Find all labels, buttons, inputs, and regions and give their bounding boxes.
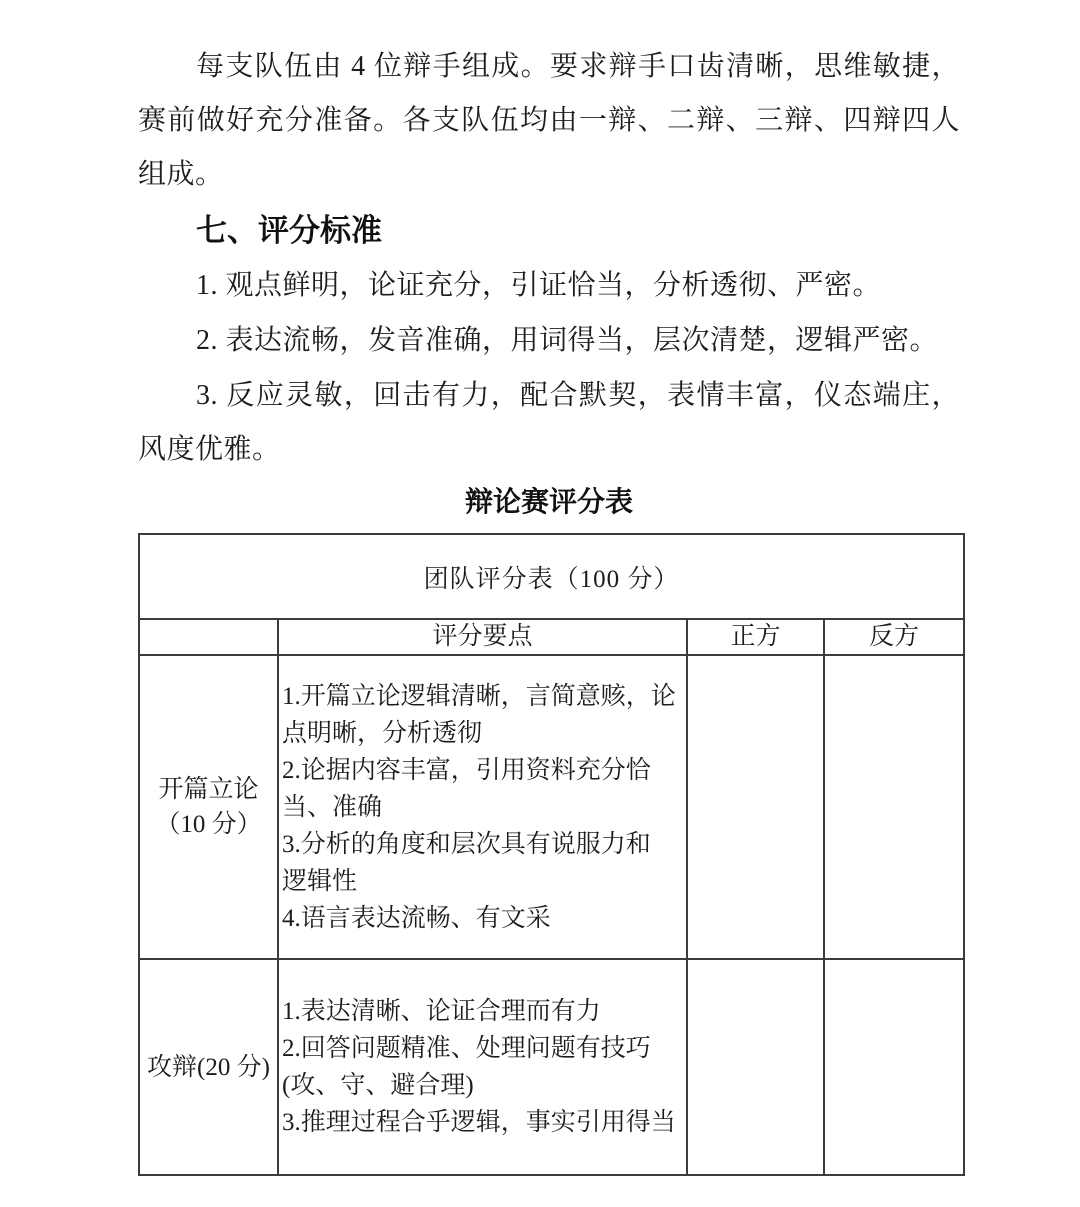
category-cell: 开篇立论（10 分） — [139, 655, 278, 959]
con-score-cell — [824, 655, 964, 959]
table-title-row: 团队评分表（100 分） — [139, 534, 964, 619]
criteria-item: 1. 观点鲜明，论证充分，引证恰当，分析透彻、严密。 — [138, 259, 960, 313]
table-caption: 辩论赛评分表 — [138, 480, 960, 524]
pro-score-cell — [687, 959, 824, 1175]
column-header-con: 反方 — [824, 619, 964, 655]
pro-score-cell — [687, 655, 824, 959]
table-row: 开篇立论（10 分） 1.开篇立论逻辑清晰，言简意赅，论点明晰，分析透彻2.论据… — [139, 655, 964, 959]
con-score-cell — [824, 959, 964, 1175]
category-cell: 攻辩(20 分) — [139, 959, 278, 1175]
section-heading: 七、评分标准 — [138, 204, 960, 258]
document-page: { "document": { "intro_paragraph": "每支队伍… — [0, 0, 1080, 1207]
criteria-item: 3. 反应灵敏，回击有力，配合默契，表情丰富，仪态端庄，风度优雅。 — [138, 369, 960, 477]
criteria-list: 1. 观点鲜明，论证充分，引证恰当，分析透彻、严密。 2. 表达流畅，发音准确，… — [138, 259, 960, 477]
document-body: 每支队伍由 4 位辩手组成。要求辩手口齿清晰，思维敏捷，赛前做好充分准备。各支队… — [138, 40, 960, 1176]
score-table: 团队评分表（100 分） 评分要点 正方 反方 开篇立论（10 分） 1.开篇立… — [138, 533, 965, 1176]
table-row: 攻辩(20 分) 1.表达清晰、论证合理而有力2.回答问题精准、处理问题有技巧(… — [139, 959, 964, 1175]
criteria-item: 2. 表达流畅，发音准确，用词得当，层次清楚，逻辑严密。 — [138, 314, 960, 368]
points-cell: 1.开篇立论逻辑清晰，言简意赅，论点明晰，分析透彻2.论据内容丰富，引用资料充分… — [278, 655, 687, 959]
column-header-points: 评分要点 — [278, 619, 687, 655]
intro-paragraph: 每支队伍由 4 位辩手组成。要求辩手口齿清晰，思维敏捷，赛前做好充分准备。各支队… — [138, 40, 960, 202]
column-header-row: 评分要点 正方 反方 — [139, 619, 964, 655]
points-cell: 1.表达清晰、论证合理而有力2.回答问题精准、处理问题有技巧(攻、守、避合理)3… — [278, 959, 687, 1175]
table-title: 团队评分表（100 分） — [139, 534, 964, 619]
column-header-pro: 正方 — [687, 619, 824, 655]
column-header-category — [139, 619, 278, 655]
